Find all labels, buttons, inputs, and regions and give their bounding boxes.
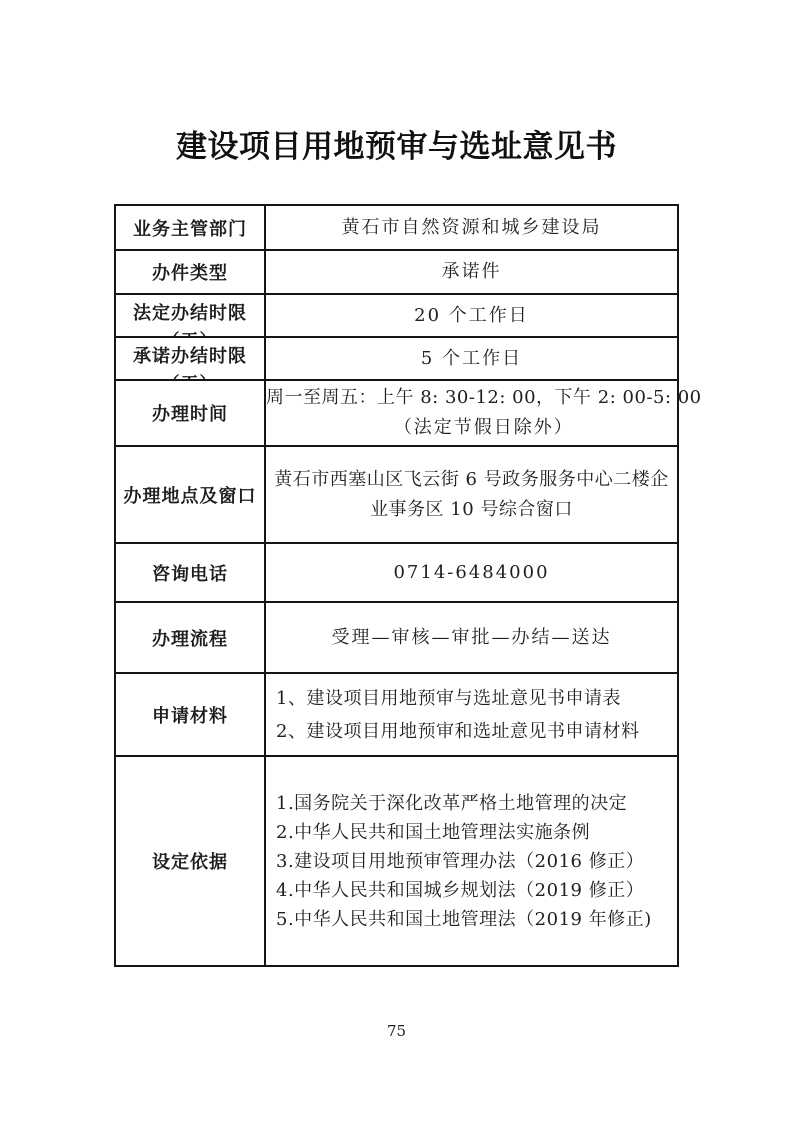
value-line-2: 业事务区 10 号综合窗口 bbox=[370, 495, 573, 525]
table-row-application-materials: 申请材料 1、建设项目用地预审与选址意见书申请表 2、建设项目用地预审和选址意见… bbox=[116, 674, 677, 757]
page-number: 75 bbox=[0, 1022, 793, 1040]
table-row-statutory-time-limit: 法定办结时限 （天） 20 个工作日 bbox=[116, 295, 677, 338]
table-row-promised-time-limit: 承诺办结时限 （天） 5 个工作日 bbox=[116, 338, 677, 381]
label-line-2-clipped: （天） bbox=[162, 327, 219, 336]
table-row-phone: 咨询电话 0714-6484000 bbox=[116, 544, 677, 603]
row-label: 申请材料 bbox=[116, 674, 266, 755]
value-line-1: 黄石市西塞山区飞云街 6 号政务服务中心二楼企 bbox=[274, 465, 668, 495]
row-value-list: 1.国务院关于深化改革严格土地管理的决定 2.中华人民共和国土地管理法实施条例 … bbox=[266, 757, 677, 965]
list-item: 1.国务院关于深化改革严格土地管理的决定 bbox=[276, 789, 627, 818]
list-item: 2.中华人民共和国土地管理法实施条例 bbox=[276, 818, 590, 847]
row-value: 20 个工作日 bbox=[266, 295, 677, 336]
list-item: 2、建设项目用地预审和选址意见书申请材料 bbox=[276, 715, 639, 748]
row-value-list: 1、建设项目用地预审与选址意见书申请表 2、建设项目用地预审和选址意见书申请材料 bbox=[266, 674, 677, 755]
label-line-1: 法定办结时限 bbox=[133, 299, 247, 327]
list-item: 3.建设项目用地预审管理办法（2016 修正） bbox=[276, 847, 644, 876]
table-row-process: 办理流程 受理—审核—审批—办结—送达 bbox=[116, 603, 677, 674]
list-item: 5.中华人民共和国土地管理法（2019 年修正) bbox=[276, 905, 652, 934]
row-value: 黄石市西塞山区飞云街 6 号政务服务中心二楼企 业事务区 10 号综合窗口 bbox=[266, 447, 677, 542]
row-label: 咨询电话 bbox=[116, 544, 266, 601]
row-label: 办理时间 bbox=[116, 381, 266, 445]
row-value: 受理—审核—审批—办结—送达 bbox=[266, 603, 677, 672]
table-row-office-hours: 办理时间 周一至周五：上午 8: 30-12: 00，下午 2: 00-5: 0… bbox=[116, 381, 677, 447]
row-value: 5 个工作日 bbox=[266, 338, 677, 379]
row-label: 设定依据 bbox=[116, 757, 266, 965]
row-label: 办理流程 bbox=[116, 603, 266, 672]
value-line-1: 周一至周五：上午 8: 30-12: 00，下午 2: 00-5: 00 bbox=[266, 383, 702, 413]
label-line-1: 承诺办结时限 bbox=[133, 342, 247, 370]
row-value: 黄石市自然资源和城乡建设局 bbox=[266, 206, 677, 249]
list-item: 4.中华人民共和国城乡规划法（2019 修正） bbox=[276, 876, 644, 905]
row-label: 业务主管部门 bbox=[116, 206, 266, 249]
row-value: 承诺件 bbox=[266, 251, 677, 293]
row-label: 承诺办结时限 （天） bbox=[116, 338, 266, 379]
list-item: 1、建设项目用地预审与选址意见书申请表 bbox=[276, 682, 621, 715]
row-value: 周一至周五：上午 8: 30-12: 00，下午 2: 00-5: 00 （法定… bbox=[266, 381, 702, 445]
row-value-phone-number: 0714-6484000 bbox=[266, 544, 677, 601]
row-label: 办件类型 bbox=[116, 251, 266, 293]
service-info-table: 业务主管部门 黄石市自然资源和城乡建设局 办件类型 承诺件 法定办结时限 （天）… bbox=[114, 204, 679, 967]
table-row-legal-basis: 设定依据 1.国务院关于深化改革严格土地管理的决定 2.中华人民共和国土地管理法… bbox=[116, 757, 677, 965]
row-label: 法定办结时限 （天） bbox=[116, 295, 266, 336]
row-label: 办理地点及窗口 bbox=[116, 447, 266, 542]
table-row-item-type: 办件类型 承诺件 bbox=[116, 251, 677, 295]
value-line-2: （法定节假日除外） bbox=[394, 413, 574, 443]
page-title: 建设项目用地预审与选址意见书 bbox=[0, 0, 793, 168]
table-row-department: 业务主管部门 黄石市自然资源和城乡建设局 bbox=[116, 206, 677, 251]
table-row-location-window: 办理地点及窗口 黄石市西塞山区飞云街 6 号政务服务中心二楼企 业事务区 10 … bbox=[116, 447, 677, 544]
document-page: 建设项目用地预审与选址意见书 业务主管部门 黄石市自然资源和城乡建设局 办件类型… bbox=[0, 0, 793, 1122]
label-line-2-clipped: （天） bbox=[162, 370, 219, 379]
